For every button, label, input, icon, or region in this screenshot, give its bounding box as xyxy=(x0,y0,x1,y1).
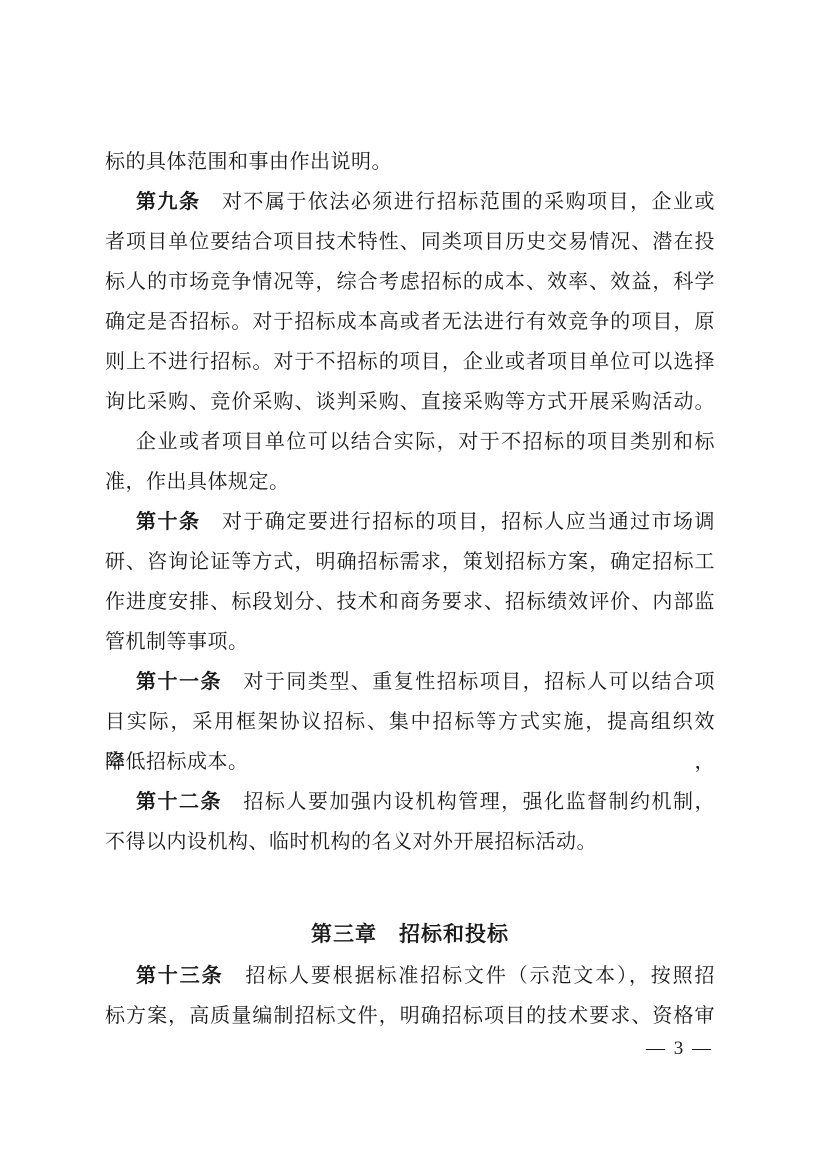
text-line: 询比采购、竞价采购、谈判采购、直接采购等方式开展采购活动。 xyxy=(105,382,715,422)
article-number-label: 第十三条 xyxy=(136,965,245,987)
text-line: 第十一条 对于同类型、重复性招标项目，招标人可以结合项 xyxy=(105,662,715,702)
text-segment: 降低招标成本。 xyxy=(105,751,249,773)
page-number: — 3 — xyxy=(646,1036,713,1062)
text-segment: 确定是否招标。对于招标成本高或者无法进行有效竞争的项目，原 xyxy=(105,311,715,333)
text-line: 管机制等事项。 xyxy=(105,622,715,662)
text-segment: 不得以内设机构、临时机构的名义对外开展招标活动。 xyxy=(105,831,597,853)
text-line: 标的具体范围和事由作出说明。 xyxy=(105,142,715,182)
article-number-label: 第十一条 xyxy=(136,671,243,693)
text-segment: 对于确定要进行招标的项目，招标人应当通过市场调 xyxy=(222,511,715,533)
text-line: 者项目单位要结合项目技术特性、同类项目历史交易情况、潜在投 xyxy=(105,222,715,262)
text-segment: 准，作出具体规定。 xyxy=(105,471,290,493)
chapter-heading: 第三章 招标和投标 xyxy=(105,914,715,954)
text-segment: 招标人要加强内设机构管理，强化监督制约机制， xyxy=(243,791,715,813)
document-body: 标的具体范围和事由作出说明。第九条 对不属于依法必须进行招标范围的采购项目，企业… xyxy=(105,142,715,1036)
text-segment: 管机制等事项。 xyxy=(105,631,249,653)
text-segment: 标的具体范围和事由作出说明。 xyxy=(105,151,392,173)
text-segment: 企业或者项目单位可以结合实际，对于不招标的项目类别和标 xyxy=(136,431,715,453)
article-number-label: 第十条 xyxy=(136,511,222,533)
text-line: 研、咨询论证等方式，明确招标需求，策划招标方案，确定招标工 xyxy=(105,542,715,582)
text-line: 不得以内设机构、临时机构的名义对外开展招标活动。 xyxy=(105,822,715,862)
text-segment: 标人的市场竞争情况等，综合考虑招标的成本、效率、效益，科学 xyxy=(105,271,715,293)
article-number-label: 第九条 xyxy=(136,191,222,213)
text-line: 作进度安排、标段划分、技术和商务要求、招标绩效评价、内部监 xyxy=(105,582,715,622)
text-segment: 标方案，高质量编制招标文件，明确招标项目的技术要求、资格审 xyxy=(105,1005,715,1027)
text-line: 第十二条 招标人要加强内设机构管理，强化监督制约机制， xyxy=(105,782,715,822)
text-segment: 者项目单位要结合项目技术特性、同类项目历史交易情况、潜在投 xyxy=(105,231,715,253)
text-segment: 对于同类型、重复性招标项目，招标人可以结合项 xyxy=(243,671,715,693)
text-segment: 对不属于依法必须进行招标范围的采购项目，企业或 xyxy=(222,191,715,213)
text-line: 确定是否招标。对于招标成本高或者无法进行有效竞争的项目，原 xyxy=(105,302,715,342)
text-line: 标人的市场竞争情况等，综合考虑招标的成本、效率、效益，科学 xyxy=(105,262,715,302)
article-number-label: 第十二条 xyxy=(136,791,243,813)
text-segment: 招标人要根据标准招标文件（示范文本），按照招 xyxy=(245,965,715,987)
text-line: 目实际，采用框架协议招标、集中招标等方式实施，提高组织效率， xyxy=(105,702,715,742)
text-segment: 询比采购、竞价采购、谈判采购、直接采购等方式开展采购活动。 xyxy=(105,391,715,413)
text-line: 第九条 对不属于依法必须进行招标范围的采购项目，企业或 xyxy=(105,182,715,222)
text-line: 标方案，高质量编制招标文件，明确招标项目的技术要求、资格审 xyxy=(105,996,715,1036)
text-line: 则上不进行招标。对于不招标的项目，企业或者项目单位可以选择 xyxy=(105,342,715,382)
text-segment: 研、咨询论证等方式，明确招标需求，策划招标方案，确定招标工 xyxy=(105,551,715,573)
text-line: 第十条 对于确定要进行招标的项目，招标人应当通过市场调 xyxy=(105,502,715,542)
text-line: 准，作出具体规定。 xyxy=(105,462,715,502)
text-segment: 则上不进行招标。对于不招标的项目，企业或者项目单位可以选择 xyxy=(105,351,715,373)
text-line: 第十三条 招标人要根据标准招标文件（示范文本），按照招 xyxy=(105,956,715,996)
text-line: 企业或者项目单位可以结合实际，对于不招标的项目类别和标 xyxy=(105,422,715,462)
text-segment: 作进度安排、标段划分、技术和商务要求、招标绩效评价、内部监 xyxy=(105,591,715,613)
article-number-label: 第三章 招标和投标 xyxy=(311,923,509,946)
document-page: 标的具体范围和事由作出说明。第九条 对不属于依法必须进行招标范围的采购项目，企业… xyxy=(0,0,826,1169)
